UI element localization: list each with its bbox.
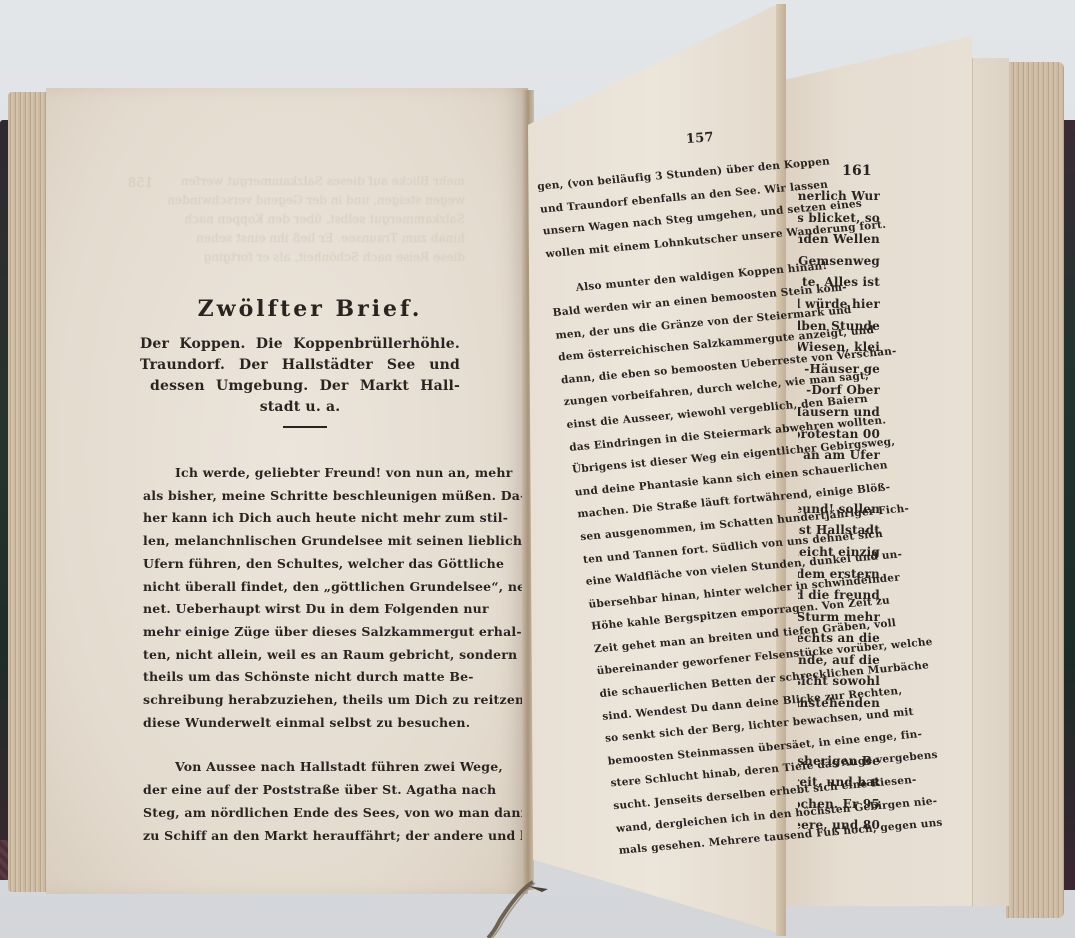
text-line: als bisher, meine Schritte beschleunigen… (143, 485, 463, 508)
text-line: mehr einige Züge über dieses Salzkammerg… (143, 621, 463, 644)
ghost-line: diese Reise nach Schönheit, als er fortg… (125, 248, 465, 267)
ghost-line: wegen steigen, und in der Gegend verschw… (125, 191, 465, 210)
text-line: Steg, am nördlichen Ende des Sees, von w… (143, 802, 463, 825)
subtitle-line: Traundorf. Der Hallstädter See und (140, 355, 460, 376)
text-line: Ich werde, geliebter Freund! von nun an,… (143, 462, 463, 485)
text-line: ten, nicht allein, weil es an Raum gebri… (143, 644, 463, 667)
ghost-line: hinab zum Traunsee. Er ließ ihn einst se… (125, 229, 465, 248)
text-line: schreibung herabzuziehen, theils um Dich… (143, 689, 463, 712)
subtitle-line: dessen Umgebung. Der Markt Hall- (140, 376, 460, 397)
text-line: Ufern führen, den Schultes, welcher das … (143, 553, 463, 576)
left-page-block-edge (8, 92, 48, 892)
section-divider-rule (283, 426, 327, 428)
page-number-157: 157 (686, 130, 715, 147)
chapter-subtitle: Der Koppen. Die Koppenbrüllerhöhle. Trau… (140, 334, 460, 418)
right-page-stack (972, 58, 1009, 906)
left-page-body: Ich werde, geliebter Freund! von nun an,… (143, 462, 463, 847)
text-line: diese Wunderwelt einmal selbst zu besuch… (143, 712, 463, 735)
bookmark-ribbon-icon (478, 880, 568, 938)
ghost-line: Salzkammergut selbst, über den Koppen na… (125, 210, 465, 229)
right-page-block-edge (1006, 62, 1064, 918)
text-line: nicht überall findet, den „göttlichen Gr… (143, 576, 463, 599)
ghost-line: mehr Blicke auf dieses Salzkammergut wer… (125, 172, 465, 191)
chapter-title: Zwölfter Brief. (130, 296, 490, 322)
text-line: len, melanchnlischen Grundelsee mit sein… (143, 530, 463, 553)
subtitle-line: Der Koppen. Die Koppenbrüllerhöhle. (140, 334, 460, 355)
subtitle-line: stadt u. a. (140, 397, 460, 418)
text-line: her kann ich Dich auch heute nicht mehr … (143, 507, 463, 530)
bleed-through-text: mehr Blicke auf dieses Salzkammergut wer… (125, 172, 465, 267)
text-line: Von Aussee nach Hallstadt führen zwei We… (143, 756, 463, 779)
text-line: net. Ueberhaupt wirst Du in dem Folgende… (143, 598, 463, 621)
text-line: zu Schiff an den Markt herauffährt; der … (143, 825, 463, 848)
page-number-161: 161 (842, 163, 872, 179)
text-line: der eine auf der Poststraße über St. Aga… (143, 779, 463, 802)
text-line: theils um das Schönste nicht durch matte… (143, 666, 463, 689)
